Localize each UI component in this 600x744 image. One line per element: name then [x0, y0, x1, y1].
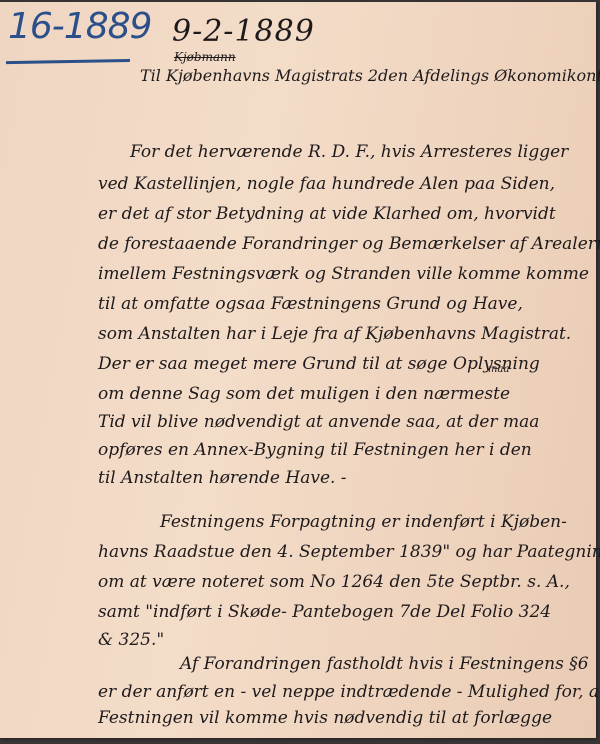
- letter-date: 9-2-1889: [172, 14, 315, 49]
- body-line: om denne Sag som det muligen i den nærme…: [98, 384, 510, 404]
- body-line: havns Raadstue den 4. September 1839" og…: [98, 542, 600, 562]
- body-line: er der anført en - vel neppe indtrædende…: [98, 682, 600, 702]
- body-line: er det af stor Betydning at vide Klarhed…: [98, 204, 556, 224]
- body-line: de forestaaende Forandringer og Bemærkel…: [98, 234, 600, 254]
- body-line: Der er saa meget mere Grund til at søge …: [98, 354, 540, 374]
- reference-underline: [6, 59, 130, 64]
- manuscript-page: 16-1889 9-2-1889 Kjøbmann Til Kjøbenhavn…: [0, 2, 596, 738]
- body-line: som Anstalten har i Leje fra af Kjøbenha…: [98, 324, 571, 344]
- body-line: til Anstalten hørende Have. -: [98, 468, 347, 488]
- body-line: imellem Festningsværk og Stranden ville …: [98, 264, 589, 284]
- body-line: Festningens Forpagtning er indenført i K…: [160, 512, 567, 532]
- body-line: For det herværende R. D. F., hvis Arrest…: [130, 142, 568, 162]
- body-line: opføres en Annex-Bygning til Festningen …: [98, 440, 532, 460]
- body-line: ved Kastellinjen, nogle faa hundrede Ale…: [98, 174, 555, 194]
- reference-number: 16-1889: [8, 6, 151, 47]
- body-line: Af Forandringen fastholdt hvis i Festnin…: [180, 654, 589, 674]
- body-line: Tid vil blive nødvendigt at anvende saa,…: [98, 412, 539, 432]
- body-line: samt "indført i Skøde- Pantebogen 7de De…: [98, 602, 551, 622]
- addressee-line: Til Kjøbenhavns Magistrats 2den Afdeling…: [140, 66, 600, 85]
- body-line: & 325.": [98, 630, 164, 650]
- interlinear-note: maa: [488, 364, 509, 375]
- struck-heading: Kjøbmann: [174, 50, 236, 64]
- body-line: Festningen vil komme hvis nødvendig til …: [98, 708, 552, 728]
- body-line: om at være noteret som No 1264 den 5te S…: [98, 572, 570, 592]
- body-line: til at omfatte ogsaa Fæstningens Grund o…: [98, 294, 523, 314]
